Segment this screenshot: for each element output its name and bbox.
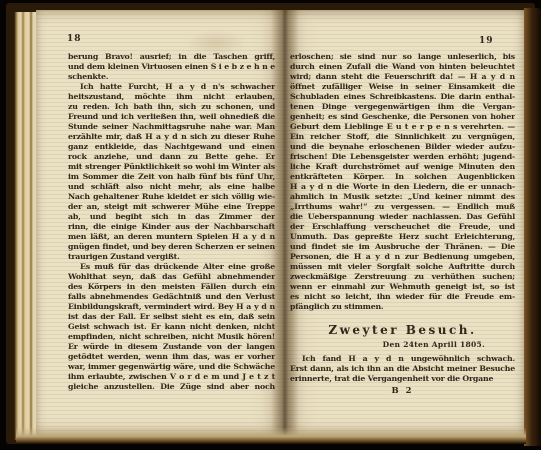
- chapter-heading: Zweyter Besuch.: [290, 322, 515, 338]
- text-lines-before-heading: erloschen; sie sind nur so lange unleser…: [290, 52, 515, 312]
- text-line: Wohlthat seyn, daß das Gefühl abnehmende…: [68, 272, 275, 282]
- text-line: erloschen; sie sind nur so lange unleser…: [290, 52, 515, 62]
- text-block-left: berung Bravo! ausrief; in die Taschen gr…: [68, 52, 275, 392]
- text-line: Es muß für das drückende Alter eine groß…: [68, 262, 275, 272]
- signature-mark: B 2: [290, 386, 515, 396]
- text-line: schenkte.: [68, 72, 275, 82]
- text-line: zu reden. Ich bath ihn, sich zu schonen,…: [68, 102, 275, 112]
- text-line: ihm erlaubte, zwischen V o r d e m und J…: [68, 372, 275, 382]
- text-line: ab, und begibt sich in das Zimmer der Ha…: [68, 212, 275, 222]
- text-line: rinn, die einige Kinder aus der Nachbars…: [68, 222, 275, 232]
- text-line: heitszustand, möchte ihm nicht erlauben,…: [68, 92, 275, 102]
- page-number-right: 19: [479, 36, 494, 46]
- text-line: Er würde in diesem Zustande von der lang…: [68, 342, 275, 352]
- text-line: Ein reicher Stoff, die Sinnlichkeit zu v…: [290, 132, 515, 142]
- text-line: frischen! Die Lebensgeister werden erhöh…: [290, 152, 515, 162]
- text-line: wenn er einmahl zur Wehmuth geneigt ist,…: [290, 282, 515, 292]
- text-line: berung Bravo! ausrief; in die Taschen gr…: [68, 52, 275, 62]
- text-line: es nicht so leicht, ihn wieder für die F…: [290, 292, 515, 302]
- text-line: falls abnehmendes Gedächtniß und den Ver…: [68, 292, 275, 302]
- text-line: der an, steigt mit schwerer Mühe eine Tr…: [68, 202, 275, 212]
- text-line: die Ueberspannung wieder nachlassen. Das…: [290, 212, 515, 222]
- text-line: ahmlich in Musik setzte: „Und keiner nim…: [290, 192, 515, 202]
- text-line: liche Kraft durchströmet auf wenige Minu…: [290, 162, 515, 172]
- text-line: wird; dann steht die Feuerschrift da! — …: [290, 72, 515, 82]
- text-line: Ich hatte Furcht, H a y d n's schwacher …: [68, 82, 275, 92]
- text-line: empfinden, nicht schreiben, nicht Musik …: [68, 332, 275, 342]
- text-line: Geburt dem Lieblinge E u t e r p e n s v…: [290, 122, 515, 132]
- text-line: war, immer gegenwärtig wäre, und die Sch…: [68, 362, 275, 372]
- text-line: Erst dann, als ich ihn an die Absicht me…: [290, 364, 515, 374]
- page-fore-edge-left: [14, 12, 38, 440]
- text-line: Personen, die H a y d n zur Bedienung um…: [290, 252, 515, 262]
- cover-edge-right: [524, 8, 541, 446]
- text-line: Stunde seiner Nachmittagsruhe nahe war. …: [68, 122, 275, 132]
- text-line: und schläft also nicht mehr, als eine ha…: [68, 182, 275, 192]
- text-line: im Sommer die Zeit von halb fünf bis fün…: [68, 172, 275, 182]
- text-line: tenen Dinge vergegenwärtigen ihm die Ver…: [290, 102, 515, 112]
- text-line: Geist schwach ist. Er kann nicht denken,…: [68, 322, 275, 332]
- text-line: und die beynahe erloschenen Bilder wiede…: [290, 142, 515, 152]
- text-block-right: erloschen; sie sind nur so lange unleser…: [290, 52, 515, 396]
- text-line: Freund und ich verließen ihn, weil ohned…: [68, 112, 275, 122]
- text-line: H a y d n die Worte in den Liedern, die …: [290, 182, 515, 192]
- open-book: 18 19 berung Bravo! ausrief; in die Tasc…: [6, 3, 535, 444]
- text-line: rock anziehe, und dann zu Bette gehe. Er…: [68, 152, 275, 162]
- text-line: zweckmäßige Zerstreuung zu verhüthen suc…: [290, 272, 515, 282]
- book-scan-photo: 18 19 berung Bravo! ausrief; in die Tasc…: [0, 0, 541, 450]
- text-line: des Körpers in den meisten Fällen durch …: [68, 282, 275, 292]
- text-line: Nach gehaltener Ruhe kleidet er sich völ…: [68, 192, 275, 202]
- text-line: genheit; es sind Geschenke, die Personen…: [290, 112, 515, 122]
- page-number-left: 18: [67, 34, 82, 44]
- text-line: öffnet zufälliger Weise in seiner Einsam…: [290, 82, 515, 92]
- text-line: Unmuth. Das gepreßte Herz sucht Erleicht…: [290, 232, 515, 242]
- text-line: erinnerte, trat die Vergangenheit vor di…: [290, 374, 515, 384]
- text-line: ist das der Fall. Er selbst sieht es ein…: [68, 312, 275, 322]
- text-line: Schubladen eines Schreibkastens. Die dar…: [290, 92, 515, 102]
- text-line: und dem kleinen Virtuosen einen S i e b …: [68, 62, 275, 72]
- text-lines-after-heading: Ich fand H a y d n ungewöhnlich schwach.…: [290, 354, 515, 384]
- text-line: gleiche anzustellen. Die Züge sind aber …: [68, 382, 275, 392]
- text-line: erzählte mir, daß H a y d n sich zu dies…: [68, 132, 275, 142]
- text-line: entkräfteten Körper. In solchen Augenbli…: [290, 172, 515, 182]
- text-line: getödtet werden, wenn ihm das, was er vo…: [68, 352, 275, 362]
- text-line: Einbildungskraft, vermindert wird. Bey H…: [68, 302, 275, 312]
- text-line: „Irrthums wahr!“ zu vergessen. — Endlich…: [290, 202, 515, 212]
- text-line: gnügen findet, und bey deren Scherzen er…: [68, 242, 275, 252]
- text-line: müssen mit vieler Sorgfalt solche Auftri…: [290, 262, 515, 272]
- text-line: pfänglich zu stimmen.: [290, 302, 515, 312]
- text-line: und findet sie im Ausbruche der Thränen.…: [290, 242, 515, 252]
- text-line: der Erschlaffung verscheuchet die Freude…: [290, 222, 515, 232]
- date-line: Den 24ten Aprill 1805.: [290, 340, 515, 350]
- text-line: ganz entkleide, das Nachtgewand und eine…: [68, 142, 275, 152]
- text-line: mit strenger Pünktlichkeit so wohl im Wi…: [68, 162, 275, 172]
- page-bottom-edge: [16, 427, 526, 444]
- text-line: men läßt, an deren muntern Spielen H a y…: [68, 232, 275, 242]
- text-line: traurigen Zustand vergißt.: [68, 252, 275, 262]
- text-line: durch einen Zufall die Wand von hinten b…: [290, 62, 515, 72]
- text-line: Ich fand H a y d n ungewöhnlich schwach.: [290, 354, 515, 364]
